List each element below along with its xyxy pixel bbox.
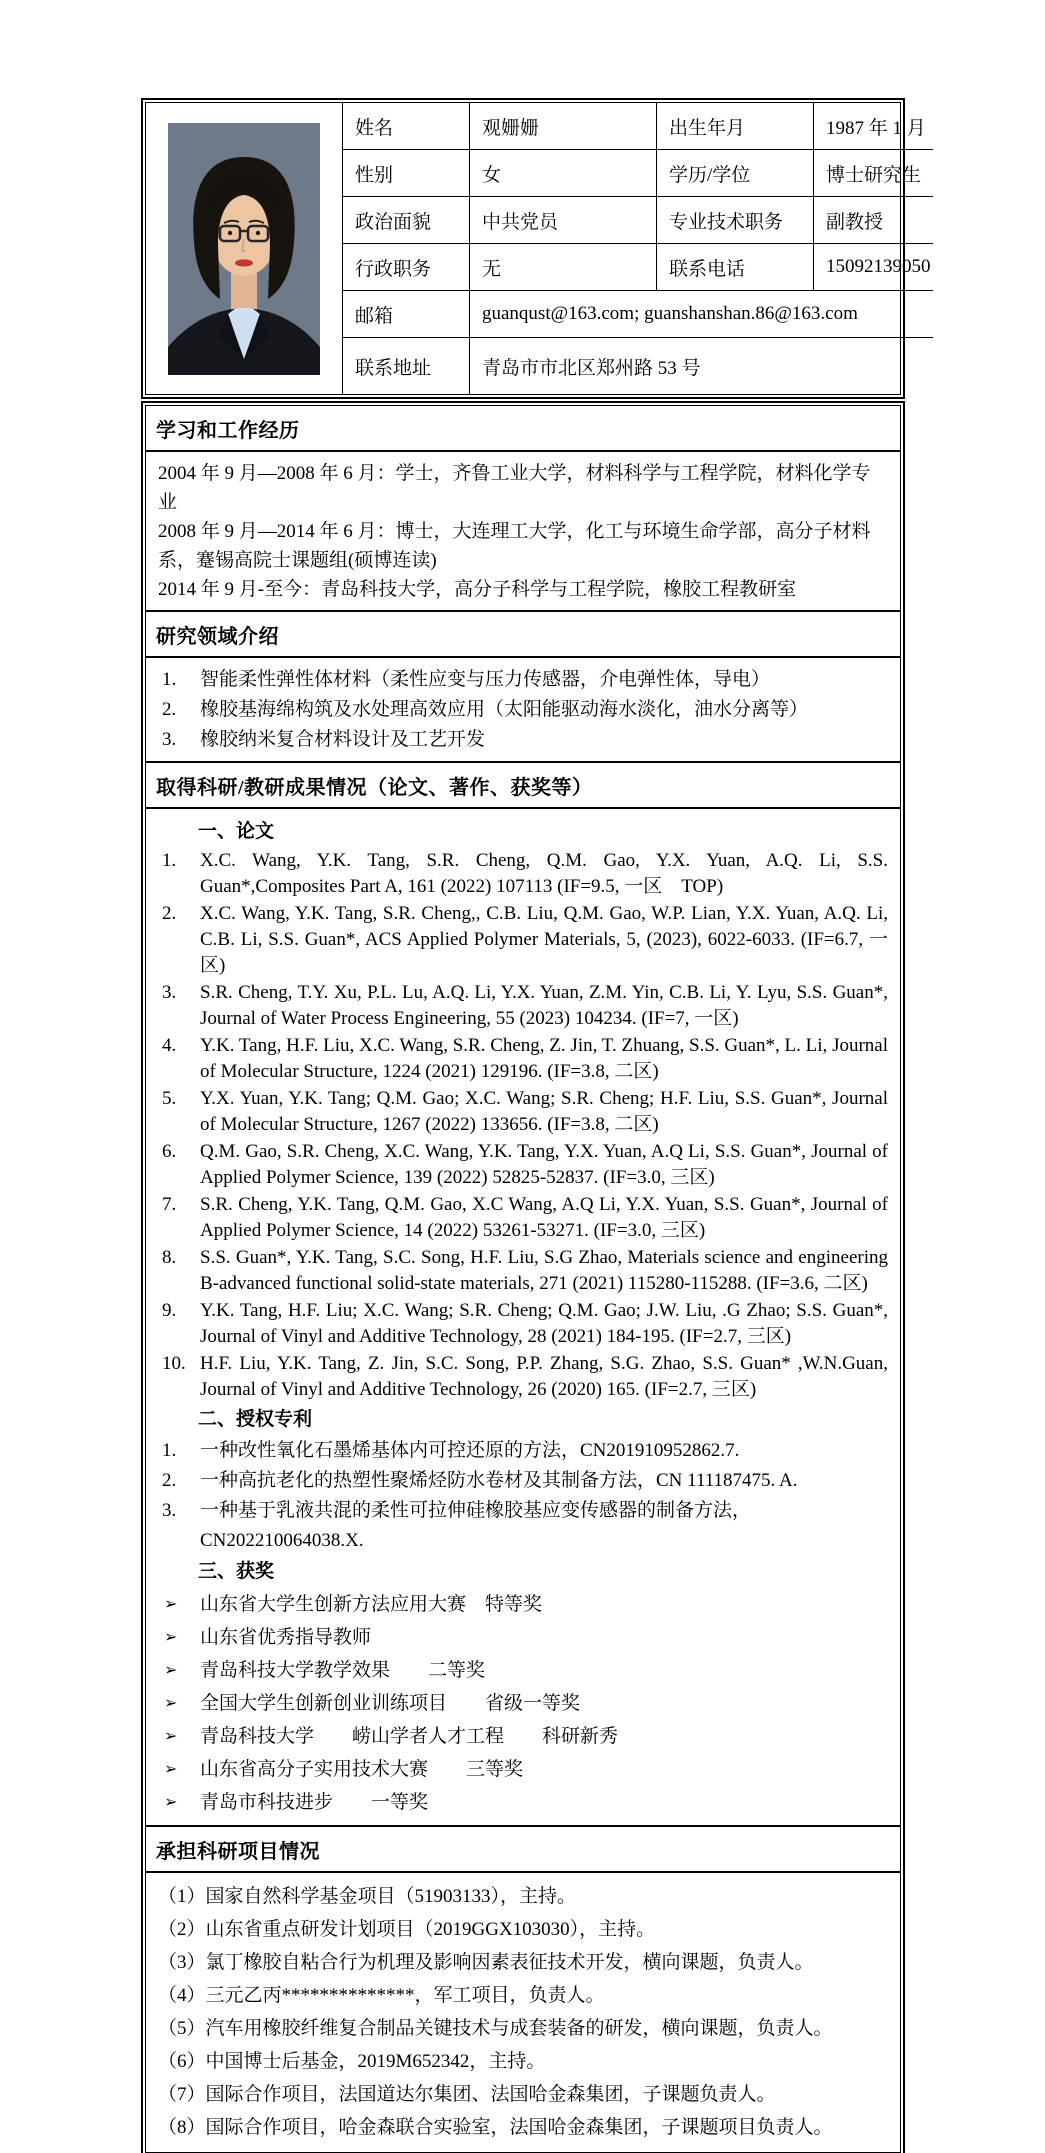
paper-item: S.R. Cheng, Y.K. Tang, Q.M. Gao, X.C Wan… xyxy=(158,1192,888,1244)
field-label: 姓名 xyxy=(343,103,469,149)
paper-item: H.F. Liu, Y.K. Tang, Z. Jin, S.C. Song, … xyxy=(158,1351,888,1403)
paper-item: S.R. Cheng, T.Y. Xu, P.L. Lu, A.Q. Li, Y… xyxy=(158,980,888,1032)
photo-cell xyxy=(146,103,343,394)
arrow-bullet-icon: ➢ xyxy=(158,1654,200,1687)
project-item: （7）国际合作项目，法国道达尔集团、法国哈金森集团，子课题负责人。 xyxy=(158,2078,888,2111)
section-body-achievements: 一、论文 X.C. Wang, Y.K. Tang, S.R. Cheng, Q… xyxy=(146,809,900,1827)
field-label: 学历/学位 xyxy=(656,150,813,196)
paper-item: Q.M. Gao, S.R. Cheng, X.C. Wang, Y.K. Ta… xyxy=(158,1139,888,1191)
patents-list: 一种改性氧化石墨烯基体内可控还原的方法，CN201910952862.7. 一种… xyxy=(158,1436,888,1556)
field-label: 专业技术职务 xyxy=(656,197,813,243)
section-title-achievements: 取得科研/教研成果情况（论文、著作、获奖等） xyxy=(146,761,900,809)
resume-document: 姓名 观姗姗 出生年月 1987 年 1 月 性别 女 学历/学位 博士研究生 … xyxy=(145,102,901,2153)
project-item: （4）三元乙丙**************，军工项目，负责人。 xyxy=(158,1979,888,2012)
project-item: （8）国际合作项目，哈金森联合实验室，法国哈金森集团，子课题项目负责人。 xyxy=(158,2111,888,2144)
info-row-address: 联系地址 青岛市市北区郑州路 53 号 xyxy=(343,338,933,394)
research-field-item: 智能柔性弹性体材料（柔性应变与压力传感器，介电弹性体，导电） xyxy=(158,665,888,695)
award-text: 青岛科技大学 崂山学者人才工程 科研新秀 xyxy=(200,1720,618,1753)
email-value: guanqust@163.com; guanshanshan.86@163.co… xyxy=(469,291,933,337)
paper-item: Y.X. Yuan, Y.K. Tang; Q.M. Gao; X.C. Wan… xyxy=(158,1086,888,1138)
project-item: （3）氯丁橡胶自粘合行为机理及影响因素表征技术开发，横向课题，负责人。 xyxy=(158,1946,888,1979)
arrow-bullet-icon: ➢ xyxy=(158,1687,200,1720)
info-row-gender: 性别 女 学历/学位 博士研究生 xyxy=(343,150,933,197)
award-item: ➢ 山东省高分子实用技术大赛 三等奖 xyxy=(158,1753,888,1786)
info-row-admin: 行政职务 无 联系电话 15092139050 xyxy=(343,244,933,291)
paper-item: S.S. Guan*, Y.K. Tang, S.C. Song, H.F. L… xyxy=(158,1245,888,1297)
patent-item: 一种基于乳液共混的柔性可拉伸硅橡胶基应变传感器的制备方法，CN202210064… xyxy=(158,1496,888,1556)
award-item: ➢ 山东省大学生创新方法应用大赛 特等奖 xyxy=(158,1588,888,1621)
papers-list: X.C. Wang, Y.K. Tang, S.R. Cheng, Q.M. G… xyxy=(158,848,888,1403)
section-body-research-fields: 智能柔性弹性体材料（柔性应变与压力传感器，介电弹性体，导电） 橡胶基海绵构筑及水… xyxy=(146,658,900,763)
project-item: （6）中国博士后基金，2019M652342，主持。 xyxy=(158,2045,888,2078)
experience-line: 2008 年 9 月—2014 年 6 月：博士，大连理工大学，化工与环境生命学… xyxy=(158,517,888,575)
field-value: 博士研究生 xyxy=(813,150,933,196)
info-row-email: 邮箱 guanqust@163.com; guanshanshan.86@163… xyxy=(343,291,933,338)
research-fields-list: 智能柔性弹性体材料（柔性应变与压力传感器，介电弹性体，导电） 橡胶基海绵构筑及水… xyxy=(158,665,888,755)
section-title-research-fields: 研究领域介绍 xyxy=(146,610,900,658)
field-value: 副教授 xyxy=(813,197,933,243)
field-label: 性别 xyxy=(343,150,469,196)
patents-heading: 二、授权专利 xyxy=(158,1404,888,1436)
research-field-item: 橡胶纳米复合材料设计及工艺开发 xyxy=(158,725,888,755)
profile-photo xyxy=(168,123,320,375)
field-label: 联系电话 xyxy=(656,244,813,290)
field-value: 无 xyxy=(469,244,656,290)
project-item: （5）汽车用橡胶纤维复合制品关键技术与成套装备的研发，横向课题，负责人。 xyxy=(158,2012,888,2045)
paper-item: X.C. Wang, Y.K. Tang, S.R. Cheng, Q.M. G… xyxy=(158,848,888,900)
award-text: 山东省大学生创新方法应用大赛 特等奖 xyxy=(200,1588,542,1621)
field-value: 观姗姗 xyxy=(469,103,656,149)
patent-item: 一种高抗老化的热塑性聚烯烃防水卷材及其制备方法，CN 111187475. A. xyxy=(158,1466,888,1496)
award-item: ➢ 青岛科技大学 崂山学者人才工程 科研新秀 xyxy=(158,1720,888,1753)
paper-item: Y.K. Tang, H.F. Liu; X.C. Wang; S.R. Che… xyxy=(158,1298,888,1350)
arrow-bullet-icon: ➢ xyxy=(158,1588,200,1621)
personal-info-table: 姓名 观姗姗 出生年月 1987 年 1 月 性别 女 学历/学位 博士研究生 … xyxy=(145,102,901,395)
award-text: 山东省优秀指导教师 xyxy=(200,1621,371,1654)
award-text: 山东省高分子实用技术大赛 三等奖 xyxy=(200,1753,523,1786)
arrow-bullet-icon: ➢ xyxy=(158,1753,200,1786)
field-label: 出生年月 xyxy=(656,103,813,149)
awards-heading: 三、获奖 xyxy=(158,1556,888,1588)
project-item: （2）山东省重点研发计划项目（2019GGX103030），主持。 xyxy=(158,1913,888,1946)
field-value: 中共党员 xyxy=(469,197,656,243)
section-title-experience: 学习和工作经历 xyxy=(146,406,900,452)
paper-item: X.C. Wang, Y.K. Tang, S.R. Cheng,, C.B. … xyxy=(158,901,888,979)
awards-list: ➢ 山东省大学生创新方法应用大赛 特等奖 ➢ 山东省优秀指导教师 ➢ 青岛科技大… xyxy=(158,1588,888,1819)
info-rows: 姓名 观姗姗 出生年月 1987 年 1 月 性别 女 学历/学位 博士研究生 … xyxy=(343,103,933,394)
experience-line: 2014 年 9 月-至今：青岛科技大学，高分子科学与工程学院，橡胶工程教研室 xyxy=(158,575,888,604)
award-item: ➢ 全国大学生创新创业训练项目 省级一等奖 xyxy=(158,1687,888,1720)
award-item: ➢ 青岛科技大学教学效果 二等奖 xyxy=(158,1654,888,1687)
section-body-experience: 2004 年 9 月—2008 年 6 月：学士，齐鲁工业大学，材料科学与工程学… xyxy=(146,452,900,612)
field-label: 政治面貌 xyxy=(343,197,469,243)
arrow-bullet-icon: ➢ xyxy=(158,1720,200,1753)
arrow-bullet-icon: ➢ xyxy=(158,1786,200,1819)
field-value: 女 xyxy=(469,150,656,196)
patent-item: 一种改性氧化石墨烯基体内可控还原的方法，CN201910952862.7. xyxy=(158,1436,888,1466)
address-value: 青岛市市北区郑州路 53 号 xyxy=(469,338,933,394)
arrow-bullet-icon: ➢ xyxy=(158,1621,200,1654)
section-title-projects: 承担科研项目情况 xyxy=(146,1825,900,1873)
award-text: 青岛科技大学教学效果 二等奖 xyxy=(200,1654,485,1687)
project-item: （1）国家自然科学基金项目（51903133），主持。 xyxy=(158,1880,888,1913)
info-row-name: 姓名 观姗姗 出生年月 1987 年 1 月 xyxy=(343,103,933,150)
award-text: 全国大学生创新创业训练项目 省级一等奖 xyxy=(200,1687,580,1720)
field-label: 行政职务 xyxy=(343,244,469,290)
paper-item: Y.K. Tang, H.F. Liu, X.C. Wang, S.R. Che… xyxy=(158,1033,888,1085)
field-value: 15092139050 xyxy=(813,244,933,290)
field-label: 邮箱 xyxy=(343,291,469,337)
papers-heading: 一、论文 xyxy=(158,816,888,848)
award-text: 青岛市科技进步 一等奖 xyxy=(200,1786,428,1819)
research-field-item: 橡胶基海绵构筑及水处理高效应用（太阳能驱动海水淡化，油水分离等） xyxy=(158,695,888,725)
field-value: 1987 年 1 月 xyxy=(813,103,933,149)
info-row-political: 政治面貌 中共党员 专业技术职务 副教授 xyxy=(343,197,933,244)
award-item: ➢ 青岛市科技进步 一等奖 xyxy=(158,1786,888,1819)
section-body-projects: （1）国家自然科学基金项目（51903133），主持。 （2）山东省重点研发计划… xyxy=(146,1873,900,2152)
main-sections: 学习和工作经历 2004 年 9 月—2008 年 6 月：学士，齐鲁工业大学，… xyxy=(145,405,901,2153)
experience-line: 2004 年 9 月—2008 年 6 月：学士，齐鲁工业大学，材料科学与工程学… xyxy=(158,459,888,517)
field-label: 联系地址 xyxy=(343,338,469,394)
award-item: ➢ 山东省优秀指导教师 xyxy=(158,1621,888,1654)
